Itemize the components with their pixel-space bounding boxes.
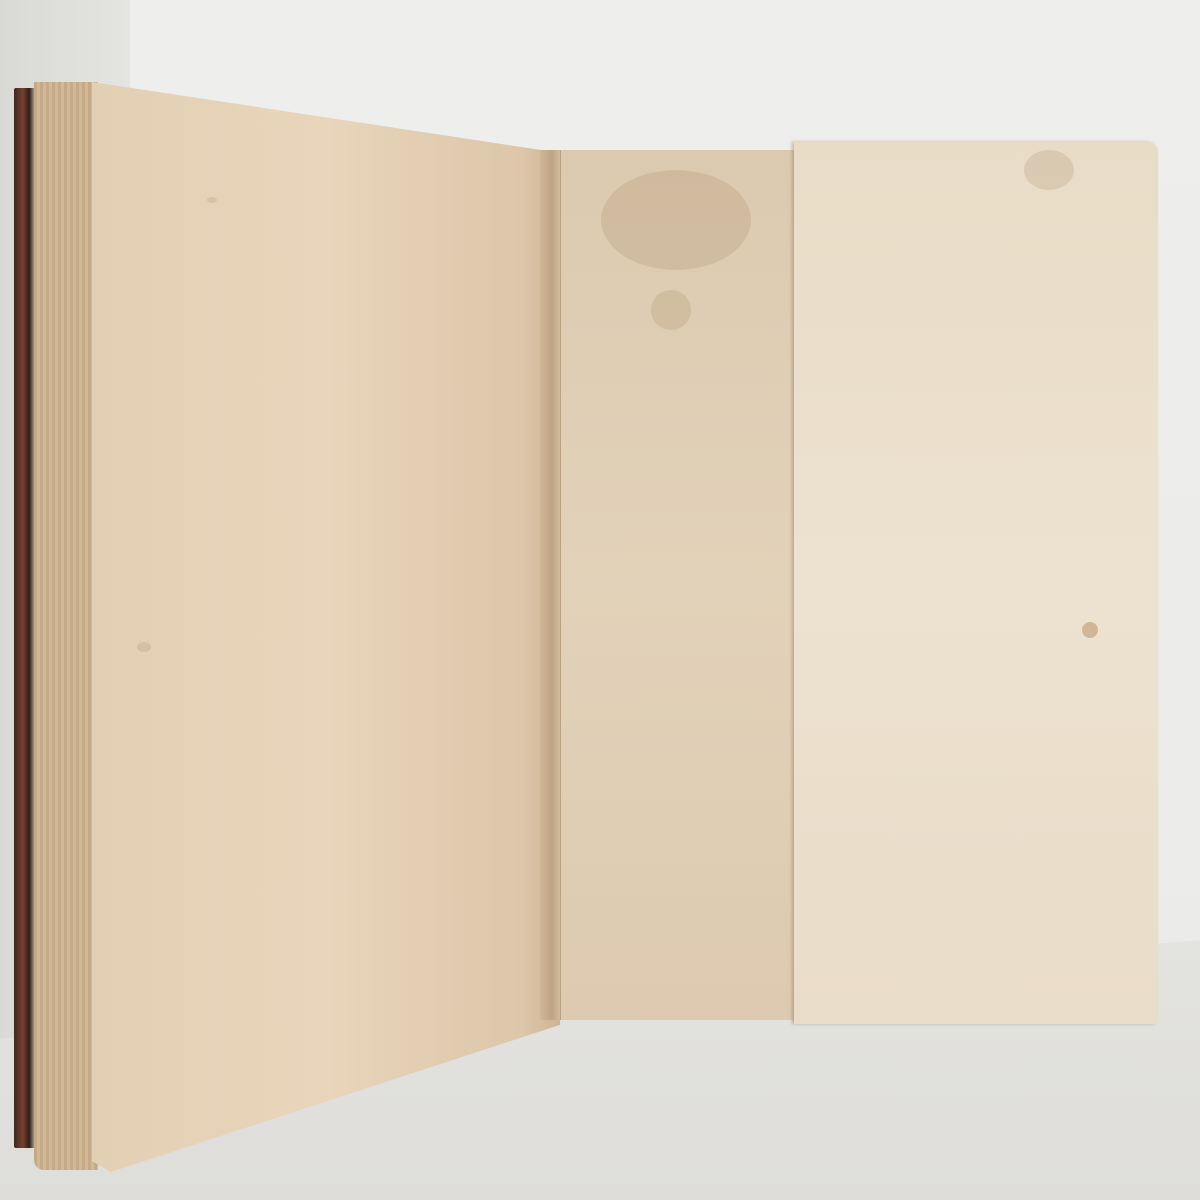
page-spot [207, 197, 217, 203]
left-page [92, 82, 560, 1172]
book-cover-edge [14, 88, 36, 1148]
page-spot [137, 642, 151, 652]
foxing-stain [651, 290, 691, 330]
water-stain [1082, 622, 1098, 638]
page-block-edges [34, 82, 98, 1170]
middle-page [560, 150, 797, 1020]
foxing-stain [1024, 150, 1074, 190]
right-page [794, 142, 1158, 1024]
foxing-stain [601, 170, 751, 270]
